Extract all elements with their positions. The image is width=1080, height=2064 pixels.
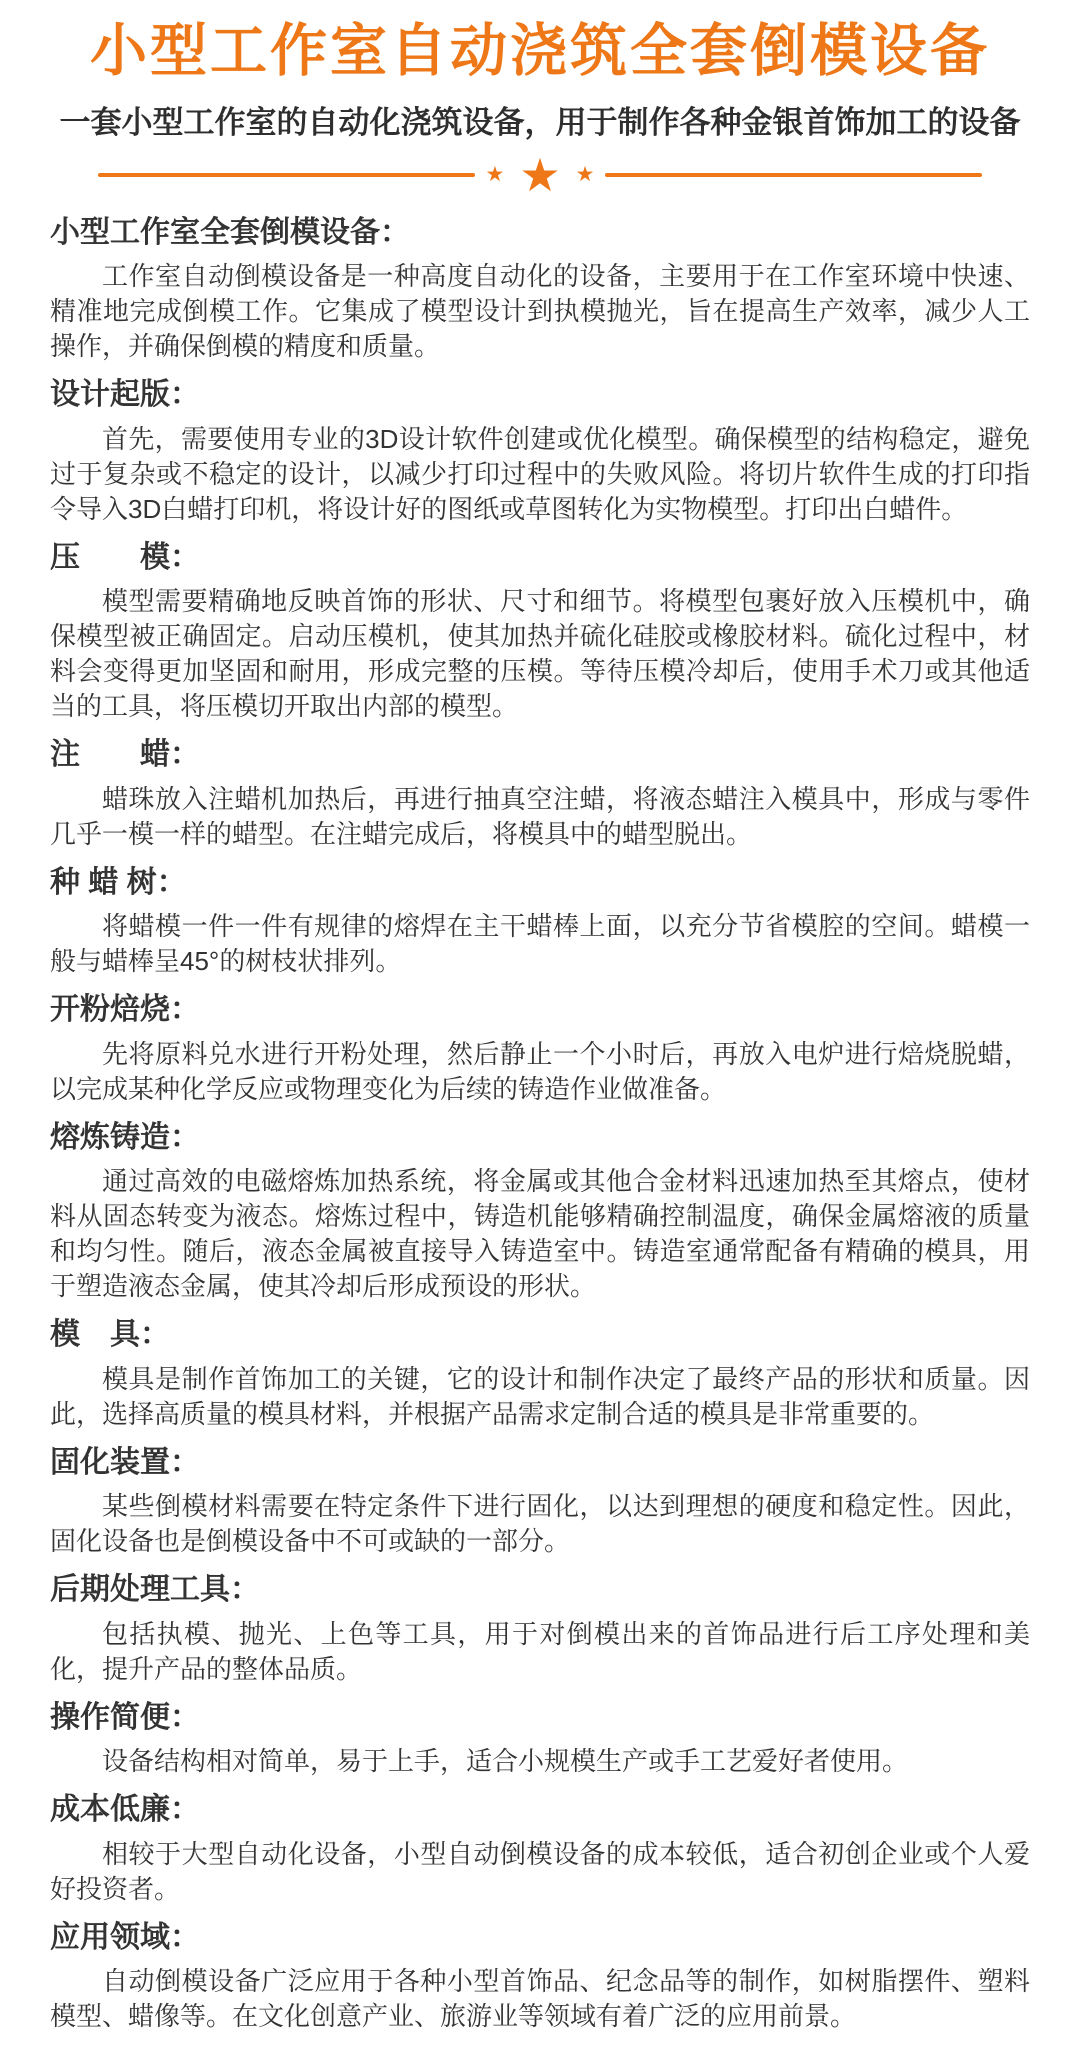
section-overview: 小型工作室全套倒模设备： 工作室自动倒模设备是一种高度自动化的设备，主要用于在工… xyxy=(50,216,1030,365)
star-icon: ★ xyxy=(576,164,595,185)
star-icon: ★ xyxy=(519,152,560,198)
section-paragraph: 某些倒模材料需要在特定条件下进行固化，以达到理想的硬度和稳定性。因此，固化设备也… xyxy=(50,1489,1030,1559)
section-paragraph: 蜡珠放入注蜡机加热后，再进行抽真空注蜡，将液态蜡注入模具中，形成与零件几乎一模一… xyxy=(50,782,1030,852)
section-paragraph: 通过高效的电磁熔炼加热系统，将金属或其他合金材料迅速加热至其熔点，使材料从固态转… xyxy=(50,1164,1030,1304)
divider-line-left xyxy=(98,173,475,177)
page-title: 小型工作室自动浇筑全套倒模设备 xyxy=(50,20,1030,84)
section-paragraph: 自动倒模设备广泛应用于各种小型首饰品、纪念品等的制作，如树脂摆件、塑料模型、蜡像… xyxy=(50,1964,1030,2034)
article-content: 小型工作室全套倒模设备： 工作室自动倒模设备是一种高度自动化的设备，主要用于在工… xyxy=(50,216,1030,2035)
divider-line-right xyxy=(605,173,982,177)
star-divider: ★ ★ ★ xyxy=(98,152,982,198)
section-paragraph: 模型需要精确地反映首饰的形状、尺寸和细节。将模型包裹好放入压模机中，确保模型被正… xyxy=(50,584,1030,724)
section-paragraph: 相较于大型自动化设备，小型自动倒模设备的成本较低，适合初创企业或个人爱好投资者。 xyxy=(50,1837,1030,1907)
section-heading: 设计起版： xyxy=(50,378,1030,413)
section-paragraph: 工作室自动倒模设备是一种高度自动化的设备，主要用于在工作室环境中快速、精准地完成… xyxy=(50,259,1030,364)
section-heading: 操作简便： xyxy=(50,1701,1030,1736)
section-paragraph: 将蜡模一件一件有规律的熔焊在主干蜡棒上面，以充分节省模腔的空间。蜡模一般与蜡棒呈… xyxy=(50,909,1030,979)
page-subtitle: 一套小型工作室的自动化浇筑设备，用于制作各种金银首饰加工的设备 xyxy=(50,97,1030,142)
product-detail-page: 小型工作室自动浇筑全套倒模设备 一套小型工作室的自动化浇筑设备，用于制作各种金银… xyxy=(0,0,1080,2064)
section-application-fields: 应用领域： 自动倒模设备广泛应用于各种小型首饰品、纪念品等的制作，如树脂摆件、塑… xyxy=(50,1921,1030,2035)
section-easy-operation: 操作简便： 设备结构相对简单，易于上手，适合小规模生产或手工艺爱好者使用。 xyxy=(50,1701,1030,1780)
section-heading: 压 模： xyxy=(50,541,1030,576)
section-heading: 小型工作室全套倒模设备： xyxy=(50,216,1030,251)
section-heading: 成本低廉： xyxy=(50,1793,1030,1828)
section-heading: 后期处理工具： xyxy=(50,1573,1030,1608)
section-wax-injection: 注 蜡： 蜡珠放入注蜡机加热后，再进行抽真空注蜡，将液态蜡注入模具中，形成与零件… xyxy=(50,738,1030,852)
section-heading: 模 具： xyxy=(50,1318,1030,1353)
section-paragraph: 先将原料兑水进行开粉处理，然后静止一个小时后，再放入电炉进行焙烧脱蜡，以完成某种… xyxy=(50,1037,1030,1107)
section-paragraph: 首先，需要使用专业的3D设计软件创建或优化模型。确保模型的结构稳定，避免过于复杂… xyxy=(50,422,1030,527)
section-mold: 模 具： 模具是制作首饰加工的关键，它的设计和制作决定了最终产品的形状和质量。因… xyxy=(50,1318,1030,1432)
section-post-processing: 后期处理工具： 包括执模、抛光、上色等工具，用于对倒模出来的首饰品进行后工序处理… xyxy=(50,1573,1030,1687)
section-heading: 种 蜡 树： xyxy=(50,866,1030,901)
section-heading: 注 蜡： xyxy=(50,738,1030,773)
section-heading: 应用领域： xyxy=(50,1921,1030,1956)
section-wax-tree: 种 蜡 树： 将蜡模一件一件有规律的熔焊在主干蜡棒上面，以充分节省模腔的空间。蜡… xyxy=(50,866,1030,980)
section-paragraph: 设备结构相对简单，易于上手，适合小规模生产或手工艺爱好者使用。 xyxy=(50,1744,1030,1779)
section-mold-pressing: 压 模： 模型需要精确地反映首饰的形状、尺寸和细节。将模型包裹好放入压模机中，确… xyxy=(50,541,1030,725)
section-design: 设计起版： 首先，需要使用专业的3D设计软件创建或优化模型。确保模型的结构稳定，… xyxy=(50,378,1030,527)
section-curing-device: 固化装置： 某些倒模材料需要在特定条件下进行固化，以达到理想的硬度和稳定性。因此… xyxy=(50,1446,1030,1560)
section-heading: 固化装置： xyxy=(50,1446,1030,1481)
section-heading: 熔炼铸造： xyxy=(50,1121,1030,1156)
section-paragraph: 模具是制作首饰加工的关键，它的设计和制作决定了最终产品的形状和质量。因此，选择高… xyxy=(50,1362,1030,1432)
header: 小型工作室自动浇筑全套倒模设备 一套小型工作室的自动化浇筑设备，用于制作各种金银… xyxy=(50,20,1030,198)
section-smelting-casting: 熔炼铸造： 通过高效的电磁熔炼加热系统，将金属或其他合金材料迅速加热至其熔点，使… xyxy=(50,1121,1030,1305)
section-low-cost: 成本低廉： 相较于大型自动化设备，小型自动倒模设备的成本较低，适合初创企业或个人… xyxy=(50,1793,1030,1907)
section-heading: 开粉焙烧： xyxy=(50,993,1030,1028)
section-paragraph: 包括执模、抛光、上色等工具，用于对倒模出来的首饰品进行后工序处理和美化，提升产品… xyxy=(50,1617,1030,1687)
section-powder-baking: 开粉焙烧： 先将原料兑水进行开粉处理，然后静止一个小时后，再放入电炉进行焙烧脱蜡… xyxy=(50,993,1030,1107)
star-icon: ★ xyxy=(486,164,505,185)
